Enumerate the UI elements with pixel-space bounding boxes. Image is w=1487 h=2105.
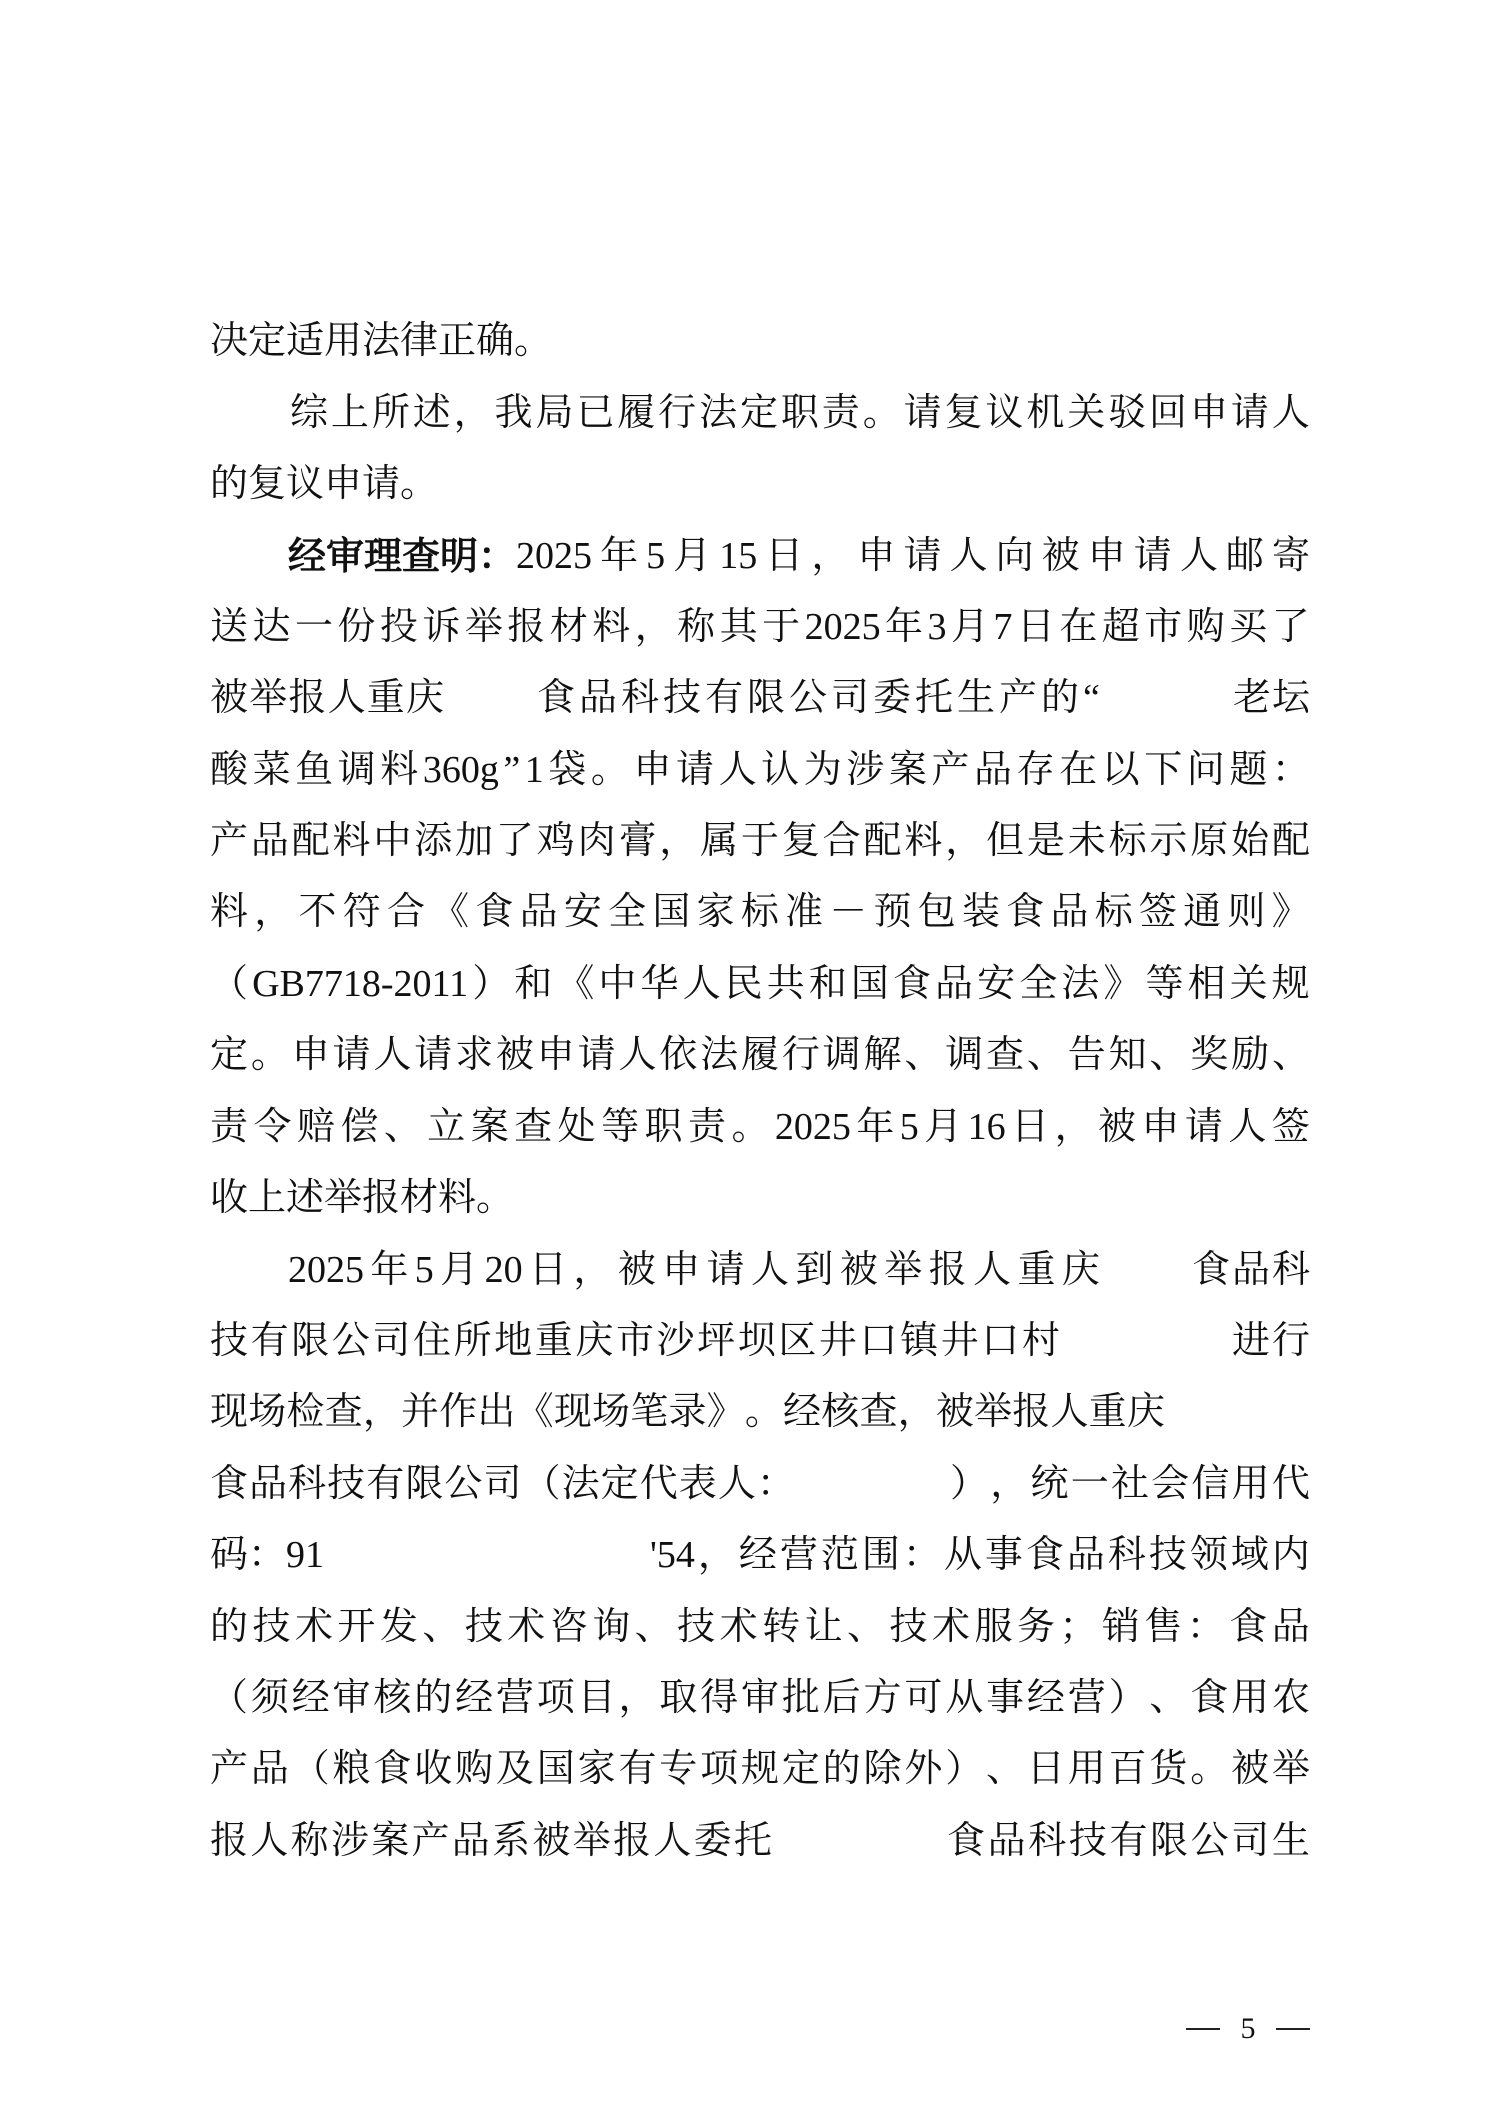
- text-segment: 2025年5月20日，被申请人到被举报人重庆: [288, 1234, 1100, 1306]
- text-line-1: 决定适用法律正确。: [210, 305, 1310, 377]
- text-segment: 码：91: [210, 1519, 322, 1591]
- text-segment: 报人称涉案产品系被举报人委托: [210, 1805, 772, 1877]
- text-line-10: （GB7718-2011）和《中华人民共和国食品安全法》等相关规: [210, 948, 1310, 1020]
- text-segment: 食品科技有限公司（法定代表人：: [210, 1448, 795, 1520]
- text-segment: 料，不符合《食品安全国家标准－预包装食品标签通则》: [210, 876, 1310, 948]
- text-segment: 进行: [1232, 1305, 1310, 1377]
- text-line-8: 产品配料中添加了鸡肉膏，属于复合配料，但是未标示原始配: [210, 805, 1310, 877]
- text-line-18: 码：91 '54，经营范围：从事食品科技领域内: [210, 1519, 1310, 1591]
- text-line-14: 2025年5月20日，被申请人到被举报人重庆 食品科: [288, 1234, 1310, 1306]
- page-number: 5: [1186, 2012, 1310, 2046]
- text-line-17: 食品科技有限公司（法定代表人： ），统一社会信用代: [210, 1448, 1310, 1520]
- text-line-6: 被举报人重庆 食品科技有限公司委托生产的“ 老坛: [210, 662, 1310, 734]
- text-segment: 食品科技有限公司委托生产的“: [537, 662, 1100, 734]
- dash-decoration-right: [1276, 2028, 1310, 2030]
- text-line-3: 的复议申请。: [210, 448, 1310, 520]
- text-segment: （须经审核的经营项目，取得审批后方可从事经营）、食用农: [210, 1662, 1310, 1734]
- text-line-16: 现场检查，并作出《现场笔录》。经核查，被举报人重庆: [210, 1376, 1165, 1448]
- text-line-11: 定。申请人请求被申请人依法履行调解、调查、告知、奖励、: [210, 1019, 1310, 1091]
- text-line-22: 报人称涉案产品系被举报人委托 食品科技有限公司生: [210, 1805, 1310, 1877]
- text-segment: （GB7718-2011）和《中华人民共和国食品安全法》等相关规: [210, 948, 1310, 1020]
- text-line-2: 综上所述，我局已履行法定职责。请复议机关驳回申请人: [290, 377, 1310, 449]
- text-segment: 2025年5月15日，申请人向被申请人邮寄: [516, 520, 1310, 592]
- text-segment: 技有限公司住所地重庆市沙坪坝区井口镇井口村: [210, 1305, 1060, 1377]
- text-line-9: 料，不符合《食品安全国家标准－预包装食品标签通则》: [210, 876, 1310, 948]
- text-line-15: 技有限公司住所地重庆市沙坪坝区井口镇井口村 进行: [210, 1305, 1310, 1377]
- text-segment: 产品配料中添加了鸡肉膏，属于复合配料，但是未标示原始配: [210, 805, 1310, 877]
- text-segment: 定。申请人请求被申请人依法履行调解、调查、告知、奖励、: [210, 1019, 1310, 1091]
- text-line-13: 收上述举报材料。: [210, 1162, 1310, 1234]
- text-segment: 被举报人重庆: [210, 662, 444, 734]
- text-line-19: 的技术开发、技术咨询、技术转让、技术服务；销售：食品: [210, 1591, 1310, 1663]
- text-segment: 现场检查，并作出《现场笔录》。经核查，被举报人重庆: [210, 1376, 1165, 1448]
- text-line-20: （须经审核的经营项目，取得审批后方可从事经营）、食用农: [210, 1662, 1310, 1734]
- text-segment: '54，经营范围：从事食品科技领域内: [650, 1519, 1310, 1591]
- text-segment: 的复议申请。: [210, 448, 438, 520]
- text-segment: 收上述举报材料。: [210, 1162, 514, 1234]
- section-lead-label: 经审理查明：: [288, 520, 516, 592]
- text-line-4: 经审理查明： 2025年5月15日，申请人向被申请人邮寄: [288, 520, 1310, 592]
- text-segment: 决定适用法律正确。: [210, 305, 552, 377]
- text-line-21: 产品（粮食收购及国家有专项规定的除外）、日用百货。被举: [210, 1733, 1310, 1805]
- text-segment: 综上所述，我局已履行法定职责。请复议机关驳回申请人: [290, 377, 1310, 449]
- text-line-7: 酸菜鱼调料360g”1袋。申请人认为涉案产品存在以下问题：: [210, 734, 1310, 806]
- text-segment: 送达一份投诉举报材料，称其于2025年3月7日在超市购买了: [210, 591, 1310, 663]
- document-page: 决定适用法律正确。 综上所述，我局已履行法定职责。请复议机关驳回申请人 的复议申…: [0, 0, 1487, 2105]
- page-number-value: 5: [1241, 2012, 1256, 2046]
- text-segment: 酸菜鱼调料360g”1袋。申请人认为涉案产品存在以下问题：: [210, 734, 1310, 806]
- text-segment: 的技术开发、技术咨询、技术转让、技术服务；销售：食品: [210, 1591, 1310, 1663]
- text-segment: 食品科技有限公司生: [947, 1805, 1310, 1877]
- text-segment: 责令赔偿、立案查处等职责。2025年5月16日，被申请人签: [210, 1091, 1310, 1163]
- text-segment: 产品（粮食收购及国家有专项规定的除外）、日用百货。被举: [210, 1733, 1310, 1805]
- text-segment: ），统一社会信用代: [950, 1448, 1310, 1520]
- text-line-5: 送达一份投诉举报材料，称其于2025年3月7日在超市购买了: [210, 591, 1310, 663]
- dash-decoration-left: [1186, 2028, 1220, 2030]
- text-segment: 老坛: [1233, 662, 1310, 734]
- text-segment: 食品科: [1192, 1234, 1310, 1306]
- text-line-12: 责令赔偿、立案查处等职责。2025年5月16日，被申请人签: [210, 1091, 1310, 1163]
